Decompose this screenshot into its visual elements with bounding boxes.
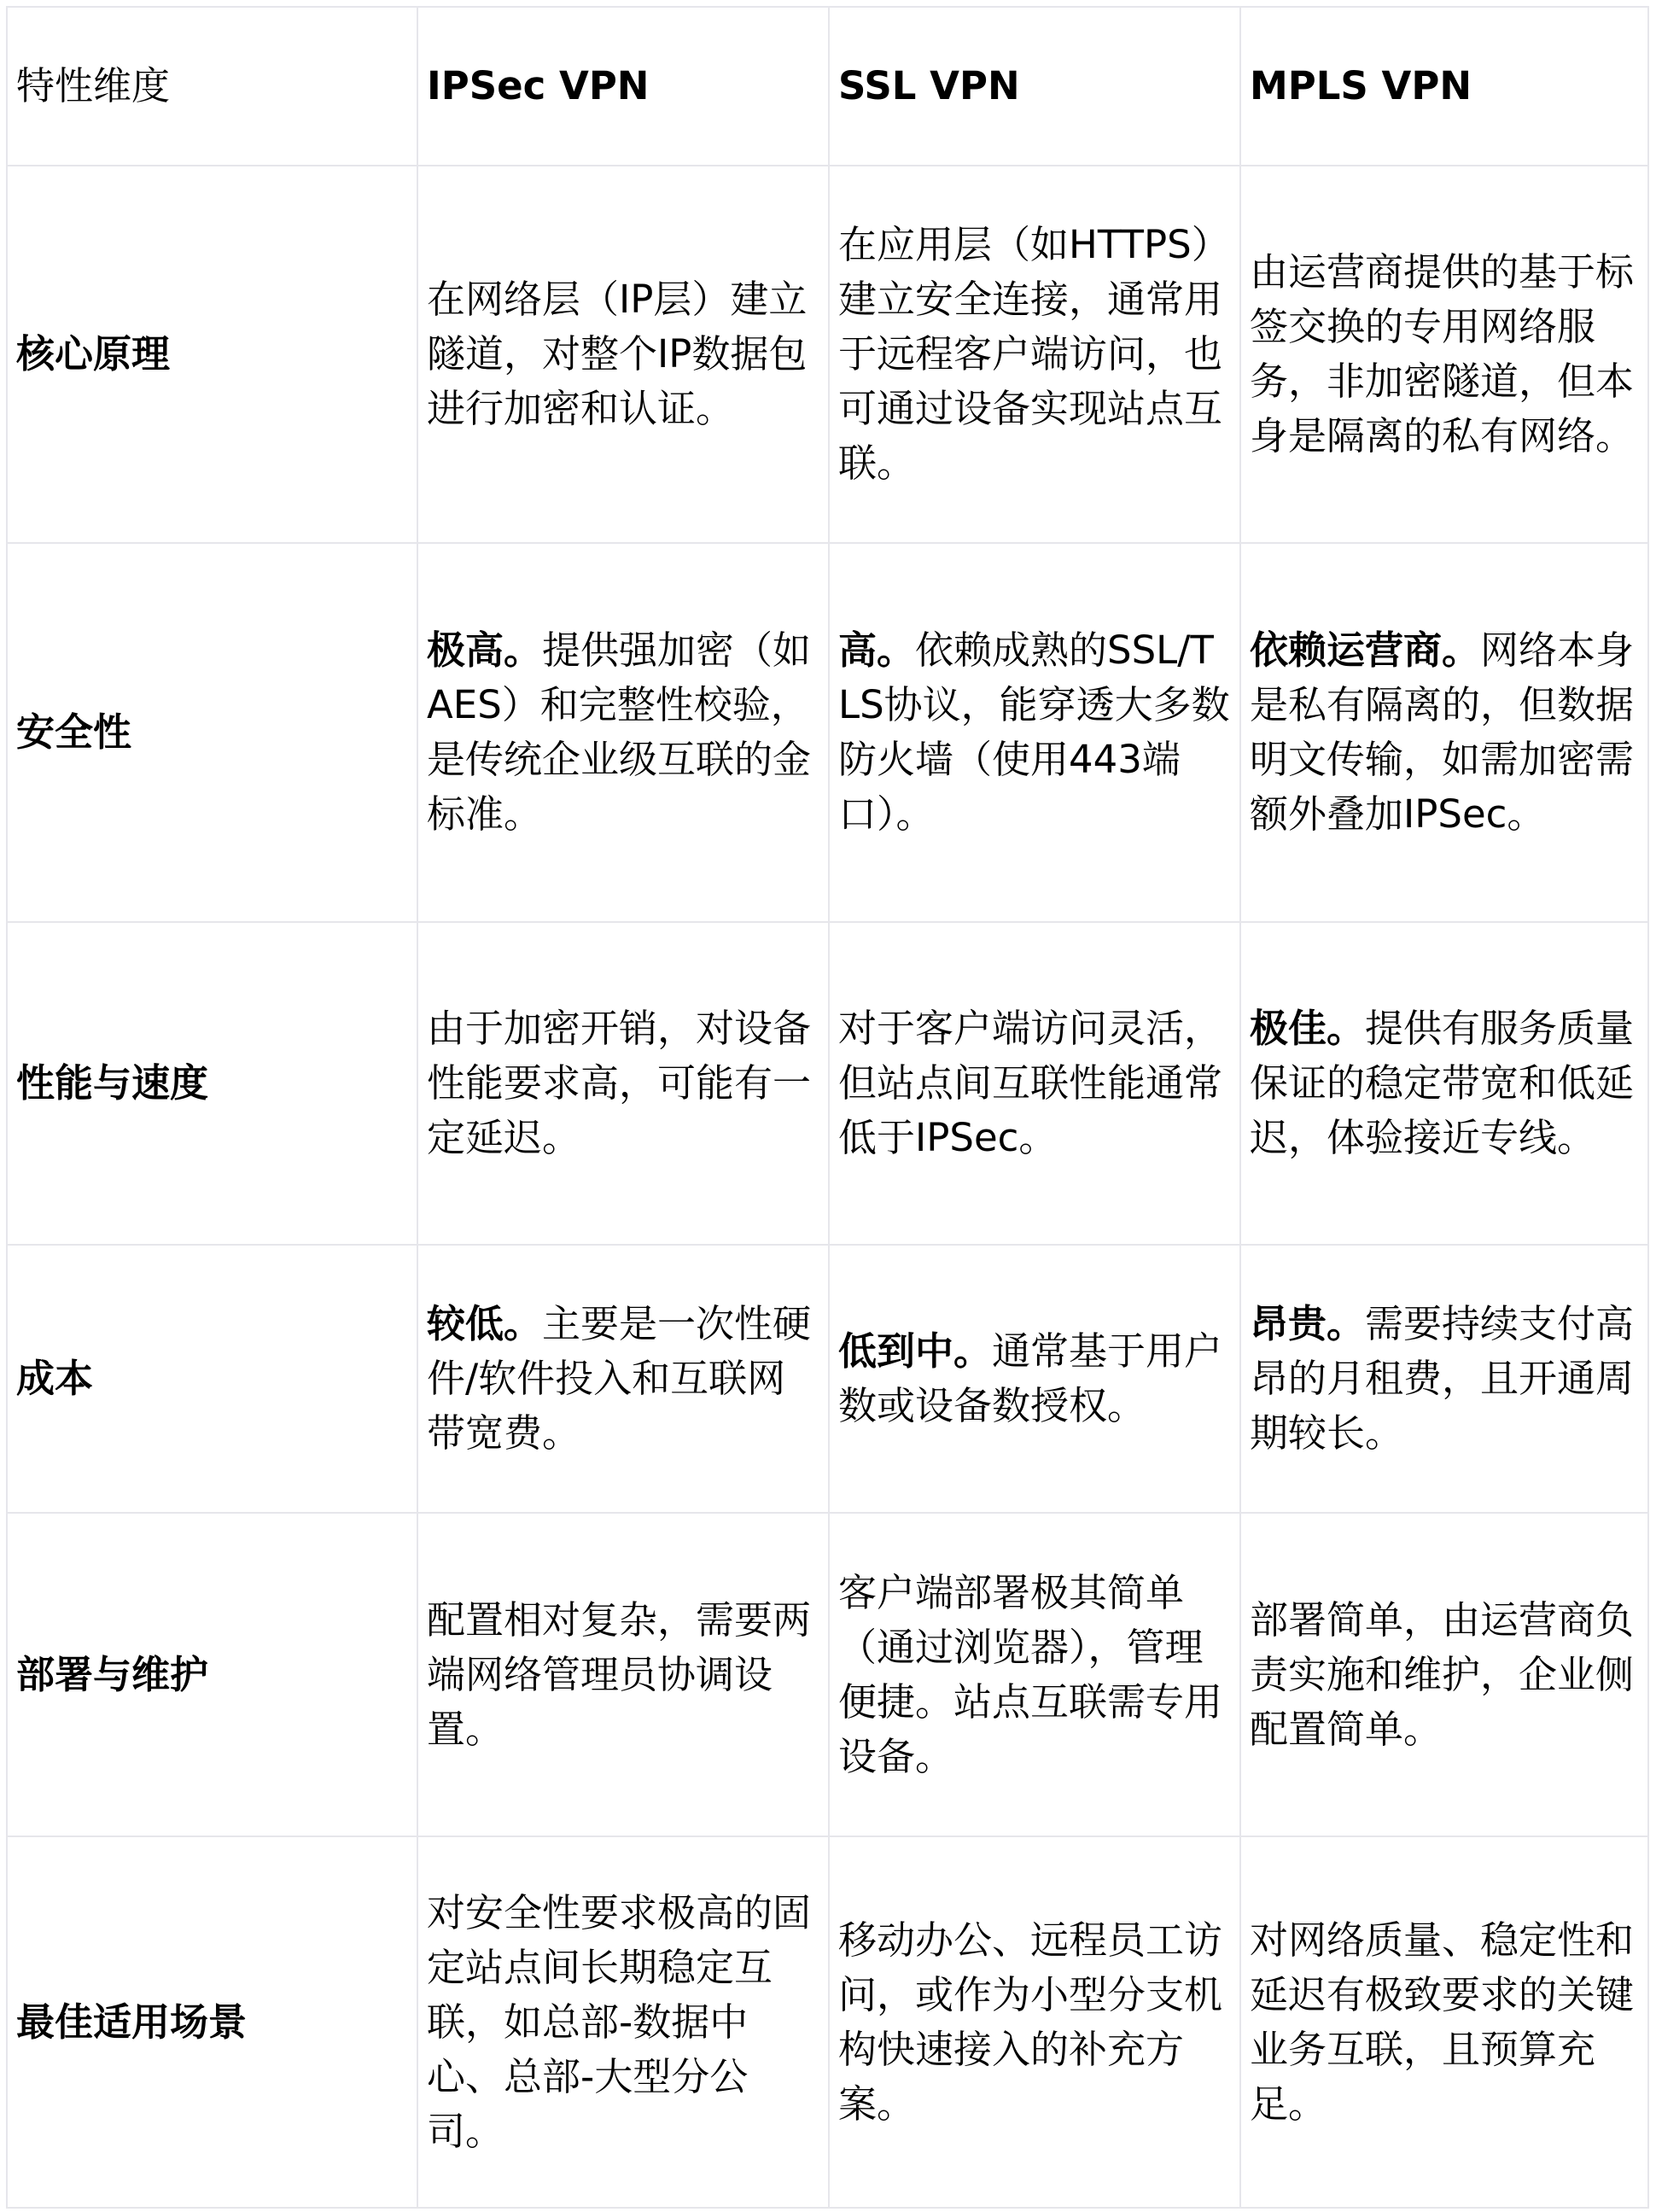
cell-text: 在应用层（如HTTPS）建立安全连接，通常用于远程客户端访问，也可通过设备实现站… [838,222,1230,486]
row-label: 成本 [7,1245,417,1513]
header-ipsec-vpn: IPSec VPN [417,7,829,166]
cell-mpls: 由运营商提供的基于标签交换的专用网络服务，非加密隧道，但本身是隔离的私有网络。 [1240,166,1648,543]
cell-lead: 低到中。 [838,1328,992,1374]
table-row-performance: 性能与速度 由于加密开销，对设备性能要求高，可能有一定延迟。 对于客户端访问灵活… [7,922,1648,1245]
cell-ipsec: 对安全性要求极高的固定站点间长期稳定互联，如总部-数据中心、总部-大型分公司。 [417,1836,829,2208]
table-row-cost: 成本 较低。主要是一次性硬件/软件投入和互联网带宽费。 低到中。通常基于用户数或… [7,1245,1648,1513]
cell-text: 对于客户端访问灵活，但站点间互联性能通常低于IPSec。 [838,1006,1222,1160]
cell-text: 由于加密开销，对设备性能要求高，可能有一定延迟。 [427,1006,811,1160]
comparison-table-container: 特性维度 IPSec VPN SSL VPN MPLS VPN 核心原理 在网络… [6,6,1649,2209]
cell-lead: 极高。 [427,627,542,673]
cell-lead: 依赖运营商。 [1250,627,1480,673]
cell-ipsec: 配置相对复杂，需要两端网络管理员协调设置。 [417,1513,829,1836]
row-label: 最佳适用场景 [7,1836,417,2208]
row-label: 安全性 [7,543,417,922]
header-mpls-vpn: MPLS VPN [1240,7,1648,166]
cell-text: 由运营商提供的基于标签交换的专用网络服务，非加密隧道，但本身是隔离的私有网络。 [1250,249,1634,458]
header-dimension: 特性维度 [7,7,417,166]
cell-text: 配置相对复杂，需要两端网络管理员协调设置。 [427,1597,811,1752]
cell-ipsec: 极高。提供强加密（如AES）和完整性校验，是传统企业级互联的金标准。 [417,543,829,922]
cell-ipsec: 较低。主要是一次性硬件/软件投入和互联网带宽费。 [417,1245,829,1513]
cell-lead: 高。 [838,627,915,673]
cell-mpls: 部署简单，由运营商负责实施和维护，企业侧配置简单。 [1240,1513,1648,1836]
cell-ssl: 移动办公、远程员工访问，或作为小型分支机构快速接入的补充方案。 [829,1836,1240,2208]
cell-ssl: 在应用层（如HTTPS）建立安全连接，通常用于远程客户端访问，也可通过设备实现站… [829,166,1240,543]
cell-ipsec: 在网络层（IP层）建立隧道，对整个IP数据包进行加密和认证。 [417,166,829,543]
table-header-row: 特性维度 IPSec VPN SSL VPN MPLS VPN [7,7,1648,166]
cell-ssl: 低到中。通常基于用户数或设备数授权。 [829,1245,1240,1513]
cell-ssl: 客户端部署极其简单（通过浏览器），管理便捷。站点互联需专用设备。 [829,1513,1240,1836]
cell-mpls: 对网络质量、稳定性和延迟有极致要求的关键业务互联，且预算充足。 [1240,1836,1648,2208]
cell-text: 移动办公、远程员工访问，或作为小型分支机构快速接入的补充方案。 [838,1917,1222,2127]
row-label: 性能与速度 [7,922,417,1245]
row-label: 部署与维护 [7,1513,417,1836]
cell-text: 对网络质量、稳定性和延迟有极致要求的关键业务互联，且预算充足。 [1250,1917,1634,2127]
cell-lead: 昂贵。 [1250,1301,1365,1346]
table-row-security: 安全性 极高。提供强加密（如AES）和完整性校验，是传统企业级互联的金标准。 高… [7,543,1648,922]
cell-ipsec: 由于加密开销，对设备性能要求高，可能有一定延迟。 [417,922,829,1245]
table-row-best-use-case: 最佳适用场景 对安全性要求极高的固定站点间长期稳定互联，如总部-数据中心、总部-… [7,1836,1648,2208]
cell-lead: 较低。 [427,1301,542,1346]
vpn-comparison-table: 特性维度 IPSec VPN SSL VPN MPLS VPN 核心原理 在网络… [6,6,1649,2209]
cell-mpls: 昂贵。需要持续支付高昂的月租费，且开通周期较长。 [1240,1245,1648,1513]
cell-lead: 极佳。 [1250,1006,1365,1051]
cell-text: 对安全性要求极高的固定站点间长期稳定互联，如总部-数据中心、总部-大型分公司。 [427,1890,811,2154]
cell-mpls: 极佳。提供有服务质量保证的稳定带宽和低延迟，体验接近专线。 [1240,922,1648,1245]
row-label: 核心原理 [7,166,417,543]
header-ssl-vpn: SSL VPN [829,7,1240,166]
table-row-core-principle: 核心原理 在网络层（IP层）建立隧道，对整个IP数据包进行加密和认证。 在应用层… [7,166,1648,543]
cell-text: 在网络层（IP层）建立隧道，对整个IP数据包进行加密和认证。 [427,277,807,431]
cell-text: 客户端部署极其简单（通过浏览器），管理便捷。站点互联需专用设备。 [838,1570,1222,1779]
cell-ssl: 对于客户端访问灵活，但站点间互联性能通常低于IPSec。 [829,922,1240,1245]
cell-ssl: 高。依赖成熟的SSL/TLS协议，能穿透大多数防火墙（使用443端口）。 [829,543,1240,922]
table-row-deployment: 部署与维护 配置相对复杂，需要两端网络管理员协调设置。 客户端部署极其简单（通过… [7,1513,1648,1836]
cell-text: 部署简单，由运营商负责实施和维护，企业侧配置简单。 [1250,1597,1634,1752]
cell-mpls: 依赖运营商。网络本身是私有隔离的，但数据明文传输，如需加密需额外叠加IPSec。 [1240,543,1648,922]
